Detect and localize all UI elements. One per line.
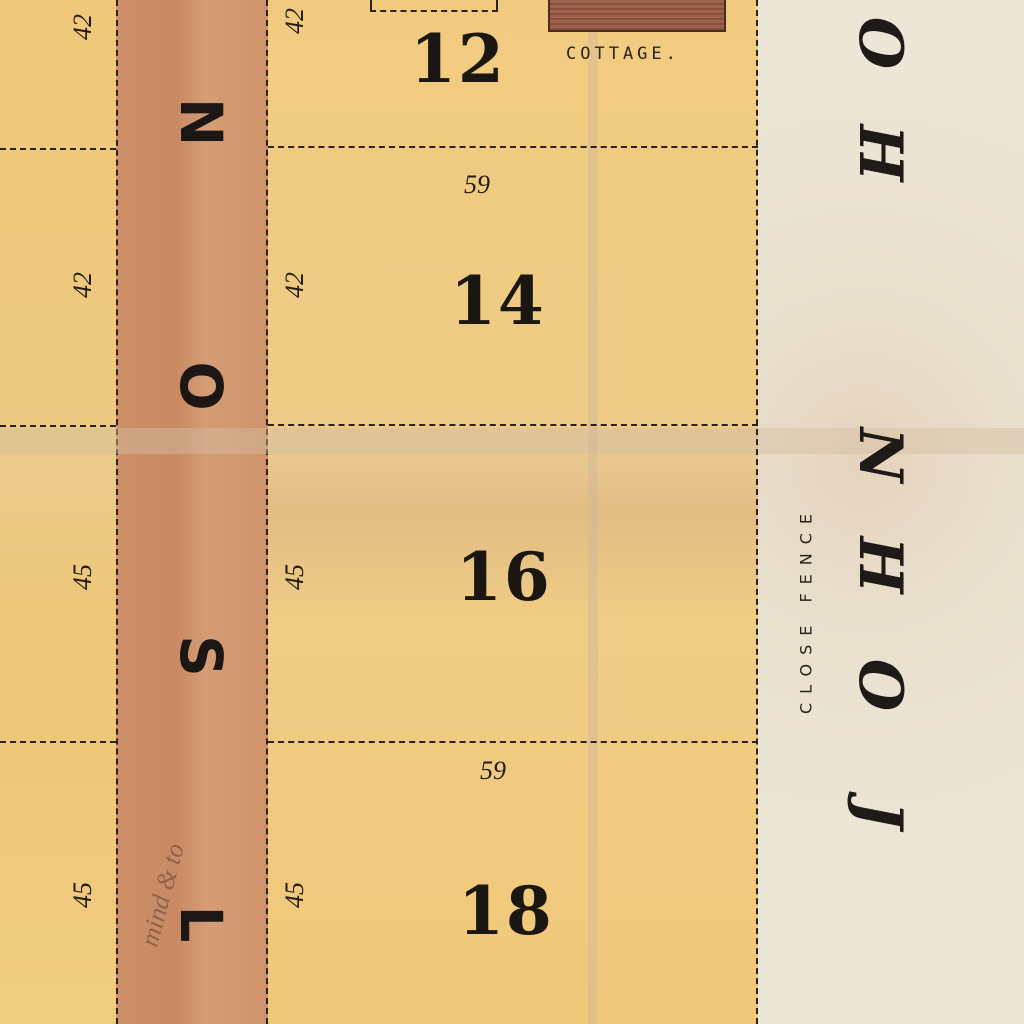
lot-depth: 42 <box>280 8 310 34</box>
owner-letter: O <box>845 650 915 720</box>
lot-depth: 45 <box>68 564 98 590</box>
cottage-building <box>548 0 726 32</box>
outbuilding-outline <box>370 0 498 12</box>
owner-letter: H <box>845 118 915 188</box>
lot-number: 14 <box>450 262 546 340</box>
owner-letter: N <box>845 420 915 490</box>
lot-frontage: 59 <box>464 170 490 200</box>
lot-line <box>0 148 116 150</box>
street-letter: S <box>167 621 235 691</box>
left-lot-column <box>0 0 116 1024</box>
lot-frontage: 59 <box>480 756 506 786</box>
lot-line <box>0 741 116 743</box>
owner-letter: O <box>845 8 915 78</box>
street-letter: N <box>167 87 235 157</box>
lot-line <box>268 424 758 426</box>
paper-fold-vertical <box>588 0 598 1024</box>
lot-number: 16 <box>456 538 552 616</box>
lot-depth: 42 <box>68 272 98 298</box>
street-letter: O <box>167 351 235 421</box>
street-letter: L <box>167 889 235 959</box>
lot-depth: 45 <box>280 564 310 590</box>
owner-letter: J <box>845 780 915 850</box>
main-lot-column <box>268 0 758 1024</box>
lot-number: 18 <box>458 872 554 950</box>
lot-depth: 42 <box>68 14 98 40</box>
lot-depth: 42 <box>280 272 310 298</box>
lot-line <box>268 146 758 148</box>
subdivision-map: COTTAGE. N O S L mind & to 12 14 16 18 5… <box>0 0 1024 1024</box>
close-fence-label: CLOSE FENCE <box>797 480 816 740</box>
lot-depth: 45 <box>280 882 310 908</box>
cottage-label: COTTAGE. <box>566 44 680 64</box>
lot-line <box>0 425 116 427</box>
lot-line <box>268 741 758 743</box>
owner-letter: H <box>845 530 915 600</box>
lot-number: 12 <box>410 20 506 98</box>
lot-depth: 45 <box>68 882 98 908</box>
boundary-line <box>756 0 758 1024</box>
